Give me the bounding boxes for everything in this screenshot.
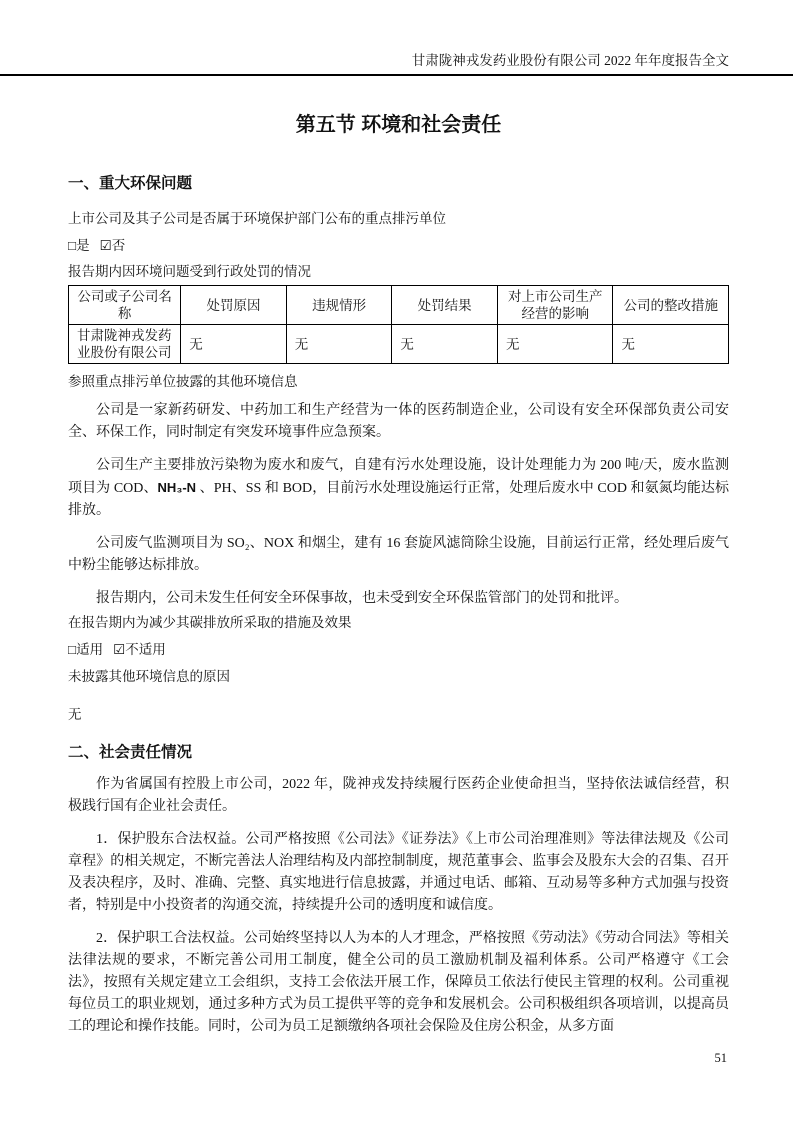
checkbox-applicable: □适用 [68, 642, 103, 657]
penalty-table: 公司或子公司名称 处罚原因 违规情形 处罚结果 对上市公司生产经营的影响 公司的… [68, 285, 729, 364]
paragraph-wastewater: 公司生产主要排放污染物为废水和废气，自建有污水处理设施，设计处理能力为 200 … [68, 455, 729, 522]
penalty-table-cell: 无 [613, 325, 729, 364]
penalty-table-header-cell: 违规情形 [286, 286, 392, 325]
section-heading-environment: 一、重大环保问题 [68, 173, 729, 194]
penalty-table-header-cell: 对上市公司生产经营的影响 [497, 286, 613, 325]
paragraph-exhaust-gas: 公司废气监测项目为 SO₂、NOX 和烟尘，建有 16 套旋风滤筒除尘设施，目前… [68, 533, 729, 577]
penalty-table-header-row: 公司或子公司名称 处罚原因 违规情形 处罚结果 对上市公司生产经营的影响 公司的… [69, 286, 729, 325]
paragraph-company-overview: 公司是一家新药研发、中药加工和生产经营为一体的医药制造企业，公司设有安全环保部负… [68, 400, 729, 444]
paragraph-shareholder-rights: 1．保护股东合法权益。公司严格按照《公司法》《证券法》《上市公司治理准则》等法律… [68, 829, 729, 917]
penalty-table-cell: 无 [497, 325, 613, 364]
penalty-table-header-cell: 公司或子公司名称 [69, 286, 181, 325]
no-disclosure-reason-label: 未披露其他环境信息的原因 [68, 667, 729, 686]
penalty-table-cell: 无 [392, 325, 498, 364]
penalty-table-header-cell: 处罚结果 [392, 286, 498, 325]
no-disclosure-reason-value: 无 [68, 705, 729, 724]
penalty-table-header-cell: 公司的整改措施 [613, 286, 729, 325]
carbon-measures-intro: 在报告期内为减少其碳排放所采取的措施及效果 [68, 613, 729, 632]
checkbox-not-applicable-checked: ☑不适用 [113, 642, 166, 657]
carbon-measures-answer: □适用☑不适用 [68, 640, 729, 659]
document-header: 甘肃陇神戎发药业股份有限公司 2022 年年度报告全文 [0, 0, 793, 76]
document-header-text: 甘肃陇神戎发药业股份有限公司 2022 年年度报告全文 [412, 53, 729, 68]
section-heading-social: 二、社会责任情况 [68, 742, 729, 763]
key-polluter-answer: □是☑否 [68, 236, 729, 255]
penalty-intro: 报告期内因环境问题受到行政处罚的情况 [68, 262, 729, 281]
report-page: 甘肃陇神戎发药业股份有限公司 2022 年年度报告全文 第五节 环境和社会责任 … [0, 0, 793, 1122]
penalty-table-header-cell: 处罚原因 [181, 286, 287, 325]
chemical-nh3n: NH₃-N [158, 480, 197, 495]
penalty-table-cell-company: 甘肃陇神戎发药业股份有限公司 [69, 325, 181, 364]
page-title: 第五节 环境和社会责任 [68, 110, 729, 140]
paragraph-social-intro: 作为省属国有控股上市公司，2022 年，陇神戎发持续履行医药企业使命担当，坚持依… [68, 774, 729, 818]
page-number: 51 [715, 1051, 728, 1066]
paragraph-no-accident: 报告期内，公司未发生任何安全环保事故，也未受到安全环保监管部门的处罚和批评。 [68, 588, 729, 610]
checkbox-no-checked: ☑否 [100, 238, 126, 253]
penalty-table-cell: 无 [181, 325, 287, 364]
checkbox-yes: □是 [68, 238, 90, 253]
key-polluter-question: 上市公司及其子公司是否属于环境保护部门公布的重点排污单位 [68, 209, 729, 228]
penalty-table-row: 甘肃陇神戎发药业股份有限公司 无 无 无 无 无 [69, 325, 729, 364]
penalty-table-cell: 无 [286, 325, 392, 364]
other-env-info-intro: 参照重点排污单位披露的其他环境信息 [68, 372, 729, 391]
paragraph-employee-rights: 2．保护职工合法权益。公司始终坚持以人为本的人才理念，严格按照《劳动法》《劳动合… [68, 928, 729, 1038]
